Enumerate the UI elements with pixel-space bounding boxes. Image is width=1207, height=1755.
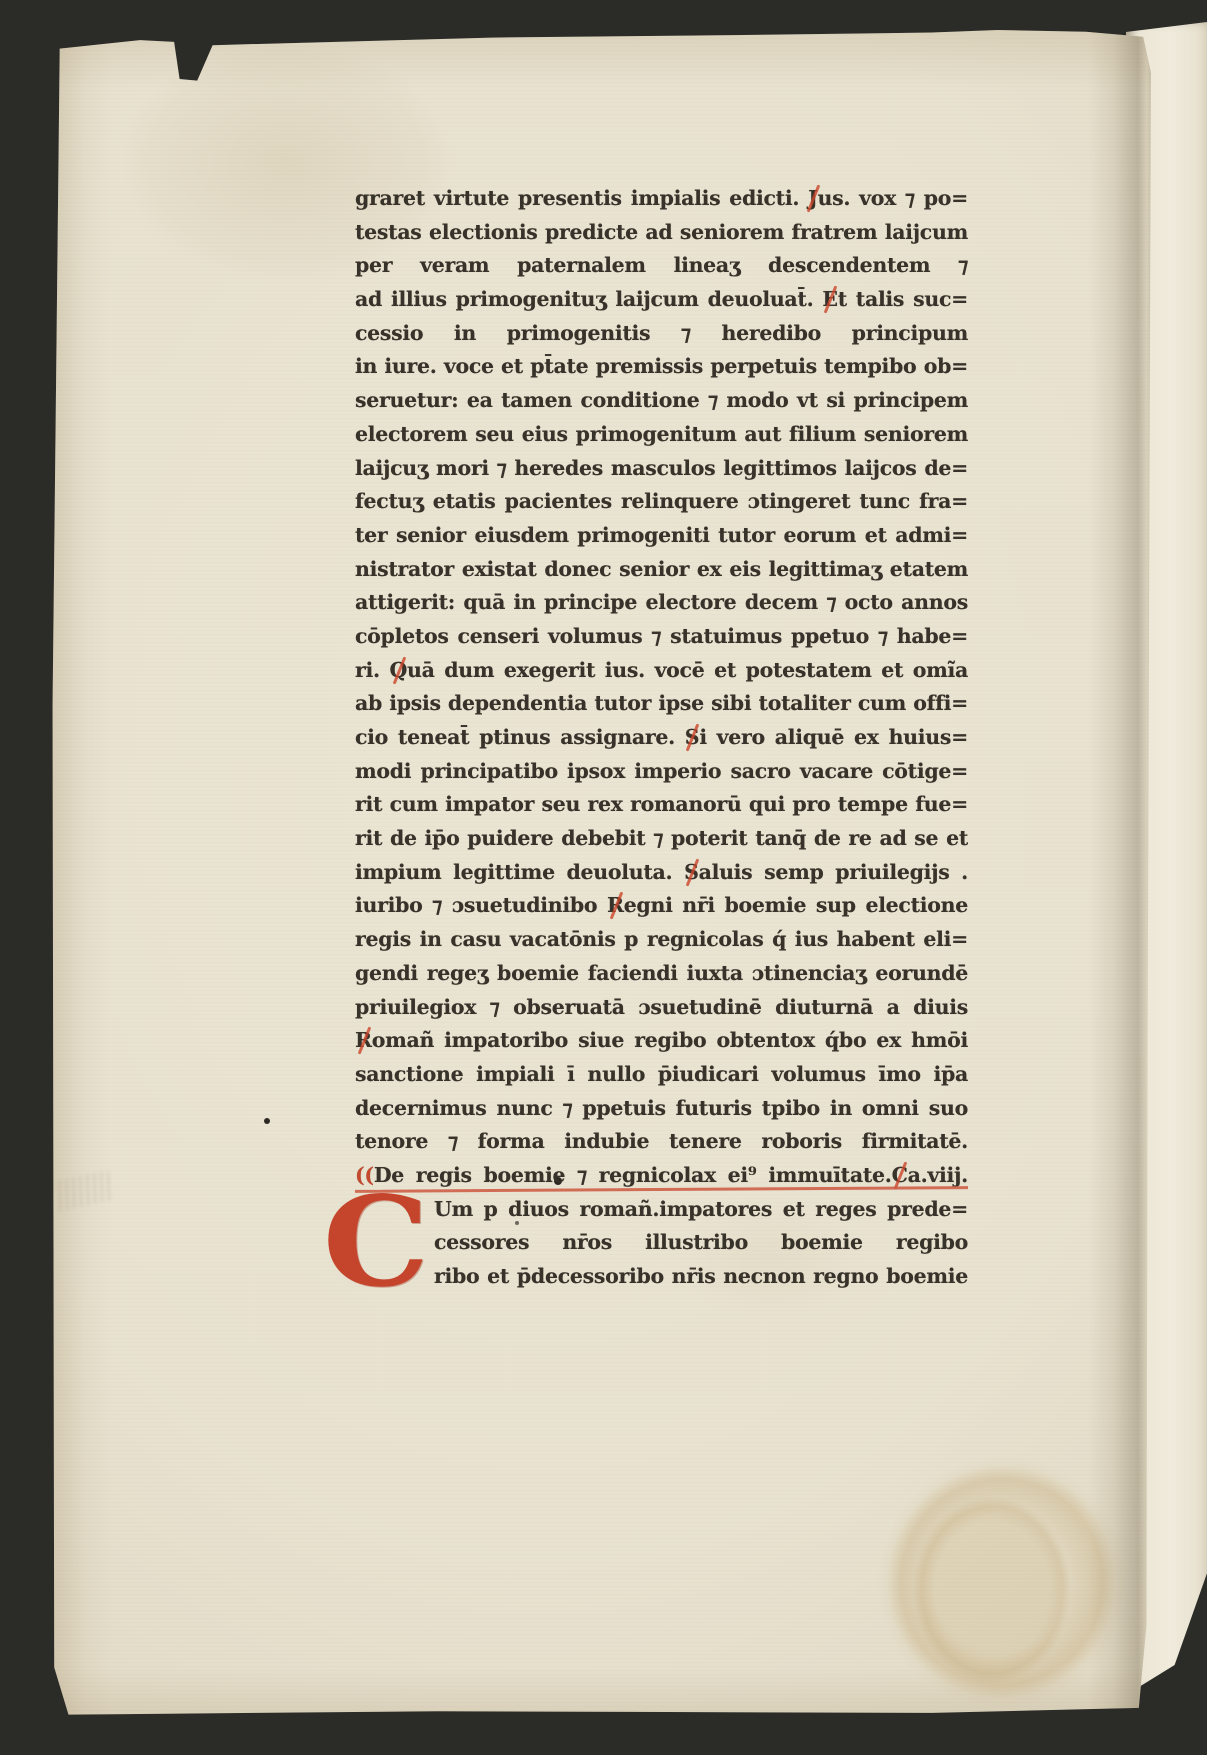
rubricated-capital: C [892, 1159, 908, 1193]
text-segment: fectuʒ etatis pacientes relinquere ɔting… [355, 489, 968, 513]
text-line: cōpletos censeri volumus ⁊ statuimus ppe… [355, 620, 968, 654]
text-segment: ad illius primogenituʒ laijcum deuoluat̄… [355, 287, 822, 311]
text-line: cio teneat̄ ptinus assignare. Si vero al… [355, 721, 968, 755]
text-segment: omañ impatoribo siue regibo obtentox q́b… [372, 1028, 968, 1052]
text-line: ri. Quā dum exegerit ius. vocē et potest… [355, 654, 968, 688]
text-segment: t talis suc= [838, 287, 968, 311]
text-segment: uā dum exegerit ius. vocē et potestatem … [407, 658, 968, 682]
text-line: cessio in primogenitis ⁊ heredibo princi… [355, 317, 968, 351]
rubricated-capital: E [822, 283, 837, 317]
photograph-of-incunabulum-page: { "photo": { "background_color": "#2b2b2… [0, 0, 1207, 1755]
text-segment: attigerit: quā in principe electore dece… [355, 590, 968, 614]
text-line: ab ipsis dependentia tutor ipse sibi tot… [355, 687, 968, 721]
text-line: testas electionis predicte ad seniorem f… [355, 216, 968, 250]
text-segment: regis in casu vacatōnis p regnicolas q́ … [355, 927, 968, 951]
text-segment: impium legittime deuoluta. [355, 860, 684, 884]
text-segment: ri. [355, 658, 389, 682]
text-line: attigerit: quā in principe electore dece… [355, 586, 968, 620]
text-segment: per veram paternalem lineaʒ descendentem… [355, 253, 968, 283]
text-block: graret virtute presentis impialis edicti… [355, 182, 968, 1294]
rubricated-capital: R [607, 889, 624, 923]
text-line: rit de ip̄o puidere debebit ⁊ poterit ta… [355, 822, 968, 856]
text-segment: testas electionis predicte ad seniorem f… [355, 220, 968, 244]
text-segment: modi principatibo ipsox imperio sacro va… [355, 759, 968, 783]
text-segment: aluis semp priuilegijs . [699, 860, 968, 884]
text-segment: graret virtute presentis impialis edicti… [355, 186, 808, 210]
text-line: Romañ impatoribo siue regibo obtentox q́… [355, 1024, 968, 1058]
text-segment: egni nr̄i boemie sup electione [624, 893, 968, 917]
text-segment: gendi regeʒ boemie faciendi iuxta ɔtinen… [355, 961, 968, 985]
rubricated-capital: Q [389, 654, 407, 688]
text-segment: cessio in primogenitis ⁊ heredibo princi… [355, 321, 968, 351]
text-line: regis in casu vacatōnis p regnicolas q́ … [355, 923, 968, 957]
paper-shading-left [52, 30, 112, 1718]
text-line: sanctione impiali ī nullo p̄iudicari vol… [355, 1058, 968, 1092]
rubricated-capital: S [685, 721, 700, 755]
text-line: gendi regeʒ boemie faciendi iuxta ɔtinen… [355, 957, 968, 991]
rubricated-capital: S [684, 856, 699, 890]
red-paragraph-mark: (( [355, 1163, 374, 1187]
text-line: Um p diuos romañ.impatores et reges pred… [355, 1193, 968, 1227]
text-line: ter senior eiusdem primogeniti tutor eor… [355, 519, 968, 553]
text-segment: iuribo ⁊ ɔsuetudinibo [355, 893, 607, 917]
text-line: electorem seu eius primogenitum aut fili… [355, 418, 968, 452]
text-segment: a.viij. [908, 1163, 968, 1187]
text-segment: sanctione impiali ī nullo p̄iudicari vol… [355, 1062, 968, 1086]
text-line: cessores nr̄os illustribo boemie regibo … [355, 1226, 968, 1260]
text-segment: Um p diuos romañ.impatores et reges pred… [434, 1197, 968, 1221]
text-line: tenore ⁊ forma indubie tenere roboris fi… [355, 1125, 968, 1159]
rubric-line: ((De regis boemie ⁊ regnicolax ei⁹ immuī… [355, 1159, 968, 1193]
text-line: graret virtute presentis impialis edicti… [355, 182, 968, 216]
text-line: in iure. voce et pt̄ate premissis perpet… [355, 350, 968, 384]
text-line: decernimus nunc ⁊ ppetuis futuris tpibo … [355, 1092, 968, 1126]
text-segment: us. vox ⁊ po= [817, 186, 968, 210]
text-line: nistrator existat donec senior ex eis le… [355, 553, 968, 587]
text-segment: ter senior eiusdem primogeniti tutor eor… [355, 523, 968, 547]
text-segment: in iure. voce et pt̄ate premissis perpet… [355, 354, 968, 378]
text-segment: laijcuʒ mori ⁊ heredes masculos legittim… [355, 456, 968, 480]
text-line: ad illius primogenituʒ laijcum deuoluat̄… [355, 283, 968, 317]
rubricated-capital: J [808, 182, 817, 216]
text-line: seruetur: ea tamen conditione ⁊ modo vt … [355, 384, 968, 418]
text-segment: seruetur: ea tamen conditione ⁊ modo vt … [355, 388, 968, 412]
text-segment: cio teneat̄ ptinus assignare. [355, 725, 685, 749]
gutter-crease-shadow [1088, 30, 1152, 1718]
book-page: C graret virtute presentis impialis edic… [52, 30, 1152, 1718]
text-line: impium legittime deuoluta. Saluis semp p… [355, 856, 968, 890]
rubricated-capital: R [355, 1024, 372, 1058]
text-line: ribo et p̄decessoribo nr̄is necnon regno… [355, 1260, 968, 1294]
text-line: priuilegiox ⁊ obseruatā ɔsuetudinē diutu… [355, 991, 968, 1025]
text-segment: tenore ⁊ forma indubie tenere roboris fi… [355, 1129, 968, 1153]
text-segment: rit cum impator seu rex romanorū qui pro… [355, 792, 968, 816]
text-line: rit cum impator seu rex romanorū qui pro… [355, 788, 968, 822]
text-segment: ribo et p̄decessoribo nr̄is necnon regno… [434, 1264, 968, 1288]
text-segment: rit de ip̄o puidere debebit ⁊ poterit ta… [355, 826, 968, 850]
text-line: per veram paternalem lineaʒ descendentem… [355, 249, 968, 283]
text-line: modi principatibo ipsox imperio sacro va… [355, 755, 968, 789]
text-line: iuribo ⁊ ɔsuetudinibo Regni nr̄i boemie … [355, 889, 968, 923]
text-segment: electorem seu eius primogenitum aut fili… [355, 422, 968, 446]
text-segment: ab ipsis dependentia tutor ipse sibi tot… [355, 691, 968, 715]
text-line: fectuʒ etatis pacientes relinquere ɔting… [355, 485, 968, 519]
ink-spot [264, 1118, 270, 1124]
text-segment: cessores nr̄os illustribo boemie regibo … [434, 1230, 968, 1260]
text-segment: De regis boemie ⁊ regnicolax ei⁹ immuīta… [374, 1163, 892, 1187]
paper-surface: C graret virtute presentis impialis edic… [52, 30, 1152, 1718]
text-segment: cōpletos censeri volumus ⁊ statuimus ppe… [355, 624, 968, 648]
water-stain-inner [882, 1460, 1102, 1720]
text-segment: priuilegiox ⁊ obseruatā ɔsuetudinē diutu… [355, 995, 968, 1019]
text-segment: i vero aliquē ex huius= [699, 725, 968, 749]
text-line: laijcuʒ mori ⁊ heredes masculos legittim… [355, 452, 968, 486]
text-segment: nistrator existat donec senior ex eis le… [355, 557, 968, 581]
text-segment: decernimus nunc ⁊ ppetuis futuris tpibo … [355, 1096, 968, 1120]
